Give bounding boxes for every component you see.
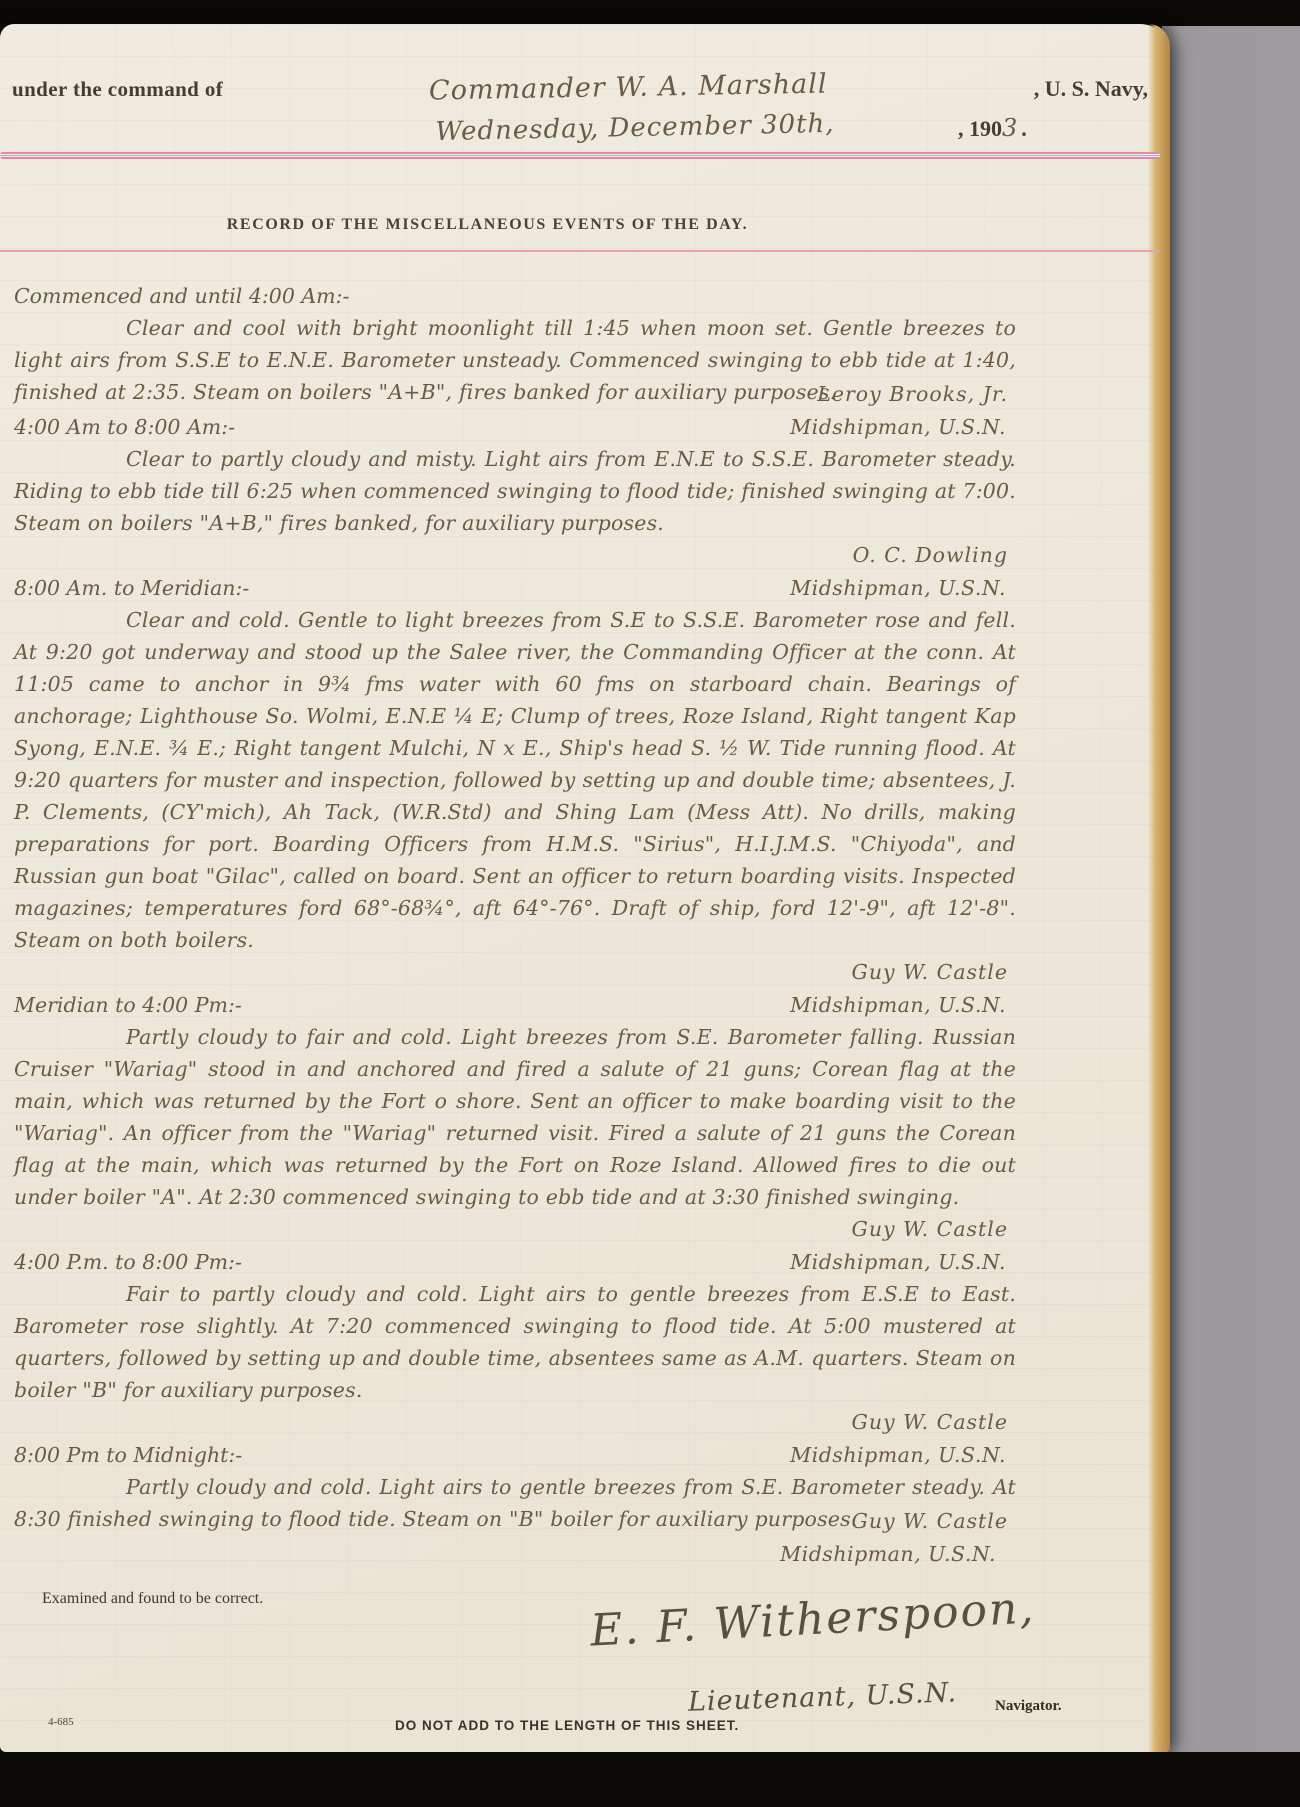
- signature-row: Guy W. Castle: [14, 1213, 1016, 1246]
- page-header: under the command of Commander W. A. Mar…: [12, 72, 1148, 143]
- page-stack-edge: [1148, 24, 1170, 1752]
- commander-name-handwritten: Commander W. A. Marshall: [223, 65, 1034, 110]
- watch-narrative: Partly cloudy to fair and cold. Light br…: [14, 1021, 1016, 1213]
- year-printed-prefix: , 190: [958, 116, 1002, 141]
- logbook-page: under the command of Commander W. A. Mar…: [0, 24, 1170, 1752]
- signature-name: Leroy Brooks, Jr.: [817, 382, 1008, 406]
- backdrop-top-strip: [0, 0, 1300, 26]
- signature-rank: Midshipman, U.S.N.: [790, 572, 1016, 604]
- watch-narrative: Clear to partly cloudy and misty. Light …: [14, 443, 1016, 539]
- signature-rank: Midshipman, U.S.N.: [790, 411, 1016, 443]
- command-line-printed-prefix: under the command of: [12, 77, 223, 102]
- book-backdrop-fabric: [1162, 0, 1300, 1807]
- watch-period-heading: 8:00 Am. to Meridian:-: [14, 572, 249, 604]
- length-warning-text: DO NOT ADD TO THE LENGTH OF THIS SHEET.: [395, 1718, 739, 1733]
- signature-name: Guy W. Castle: [851, 1509, 1008, 1533]
- entry-heading-row: 8:00 Pm to Midnight:- Midshipman, U.S.N.: [14, 1439, 1016, 1471]
- signature-name: Guy W. Castle: [851, 1217, 1008, 1241]
- signature-name: O. C. Dowling: [853, 543, 1008, 567]
- command-line: under the command of Commander W. A. Mar…: [12, 72, 1148, 103]
- signature-row: Guy W. Castle: [14, 1406, 1016, 1439]
- entry-heading-row: 4:00 P.m. to 8:00 Pm:- Midshipman, U.S.N…: [14, 1246, 1016, 1278]
- log-entry-1600-2000: 4:00 P.m. to 8:00 Pm:- Midshipman, U.S.N…: [14, 1246, 1016, 1439]
- watch-period-heading: 4:00 Am to 8:00 Am:-: [14, 411, 235, 443]
- watch-period-heading: 4:00 P.m. to 8:00 Pm:-: [14, 1246, 242, 1278]
- log-entries: Commenced and until 4:00 Am:- Clear and …: [14, 280, 1016, 1571]
- signature-rank: Midshipman, U.S.N.: [790, 1246, 1016, 1278]
- pink-double-rule: [0, 152, 1160, 159]
- entry-heading-row: Commenced and until 4:00 Am:-: [14, 280, 1016, 312]
- log-entry-2000-midnight: 8:00 Pm to Midnight:- Midshipman, U.S.N.…: [14, 1439, 1016, 1571]
- entry-heading-row: 8:00 Am. to Meridian:- Midshipman, U.S.N…: [14, 572, 1016, 604]
- signature-rank: Midshipman, U.S.N.: [790, 989, 1016, 1021]
- signature-name: Guy W. Castle: [851, 960, 1008, 984]
- command-line-printed-suffix: , U. S. Navy,: [1034, 76, 1148, 102]
- watch-period-heading: Meridian to 4:00 Pm:-: [14, 989, 242, 1021]
- signature-row: Guy W. Castle: [14, 956, 1016, 989]
- watch-period-heading: Commenced and until 4:00 Am:-: [14, 280, 349, 312]
- examined-statement: Examined and found to be correct.: [42, 1590, 263, 1608]
- year-period: .: [1021, 116, 1027, 141]
- record-section-title: RECORD OF THE MISCELLANEOUS EVENTS OF TH…: [0, 216, 975, 234]
- watch-period-heading: 8:00 Pm to Midnight:-: [14, 1439, 242, 1471]
- signature-name: Guy W. Castle: [851, 1410, 1008, 1434]
- backdrop-bottom-strip: [0, 1752, 1300, 1807]
- log-entry-meridian-1600: Meridian to 4:00 Pm:- Midshipman, U.S.N.…: [14, 989, 1016, 1246]
- signature-rank: Midshipman, U.S.N.: [790, 1439, 1016, 1471]
- log-entry-0800-meridian: 8:00 Am. to Meridian:- Midshipman, U.S.N…: [14, 572, 1016, 989]
- entry-heading-row: Meridian to 4:00 Pm:- Midshipman, U.S.N.: [14, 989, 1016, 1021]
- signature-row: O. C. Dowling: [14, 539, 1016, 572]
- entry-heading-row: 4:00 Am to 8:00 Am:- Midshipman, U.S.N.: [14, 411, 1016, 443]
- signature-rank-row: Midshipman, U.S.N.: [14, 1538, 1016, 1571]
- signature-rank: Midshipman, U.S.N.: [780, 1542, 1006, 1566]
- year-group: , 1903 .: [958, 114, 1148, 142]
- log-entry-0000-0400: Commenced and until 4:00 Am:- Clear and …: [14, 280, 1016, 411]
- watch-narrative: Fair to partly cloudy and cold. Light ai…: [14, 1278, 1016, 1406]
- date-line-row: Wednesday, December 30th, , 1903 .: [12, 113, 1148, 143]
- navigator-printed-label: Navigator.: [995, 1698, 1062, 1715]
- watch-narrative: Clear and cold. Gentle to light breezes …: [14, 604, 1016, 956]
- log-entry-0400-0800: 4:00 Am to 8:00 Am:- Midshipman, U.S.N. …: [14, 411, 1016, 572]
- pink-single-rule: [0, 250, 1160, 252]
- year-digit-handwritten: 3: [1002, 114, 1017, 142]
- date-handwritten: Wednesday, December 30th,: [312, 106, 958, 150]
- form-number: 4-685: [48, 1716, 74, 1728]
